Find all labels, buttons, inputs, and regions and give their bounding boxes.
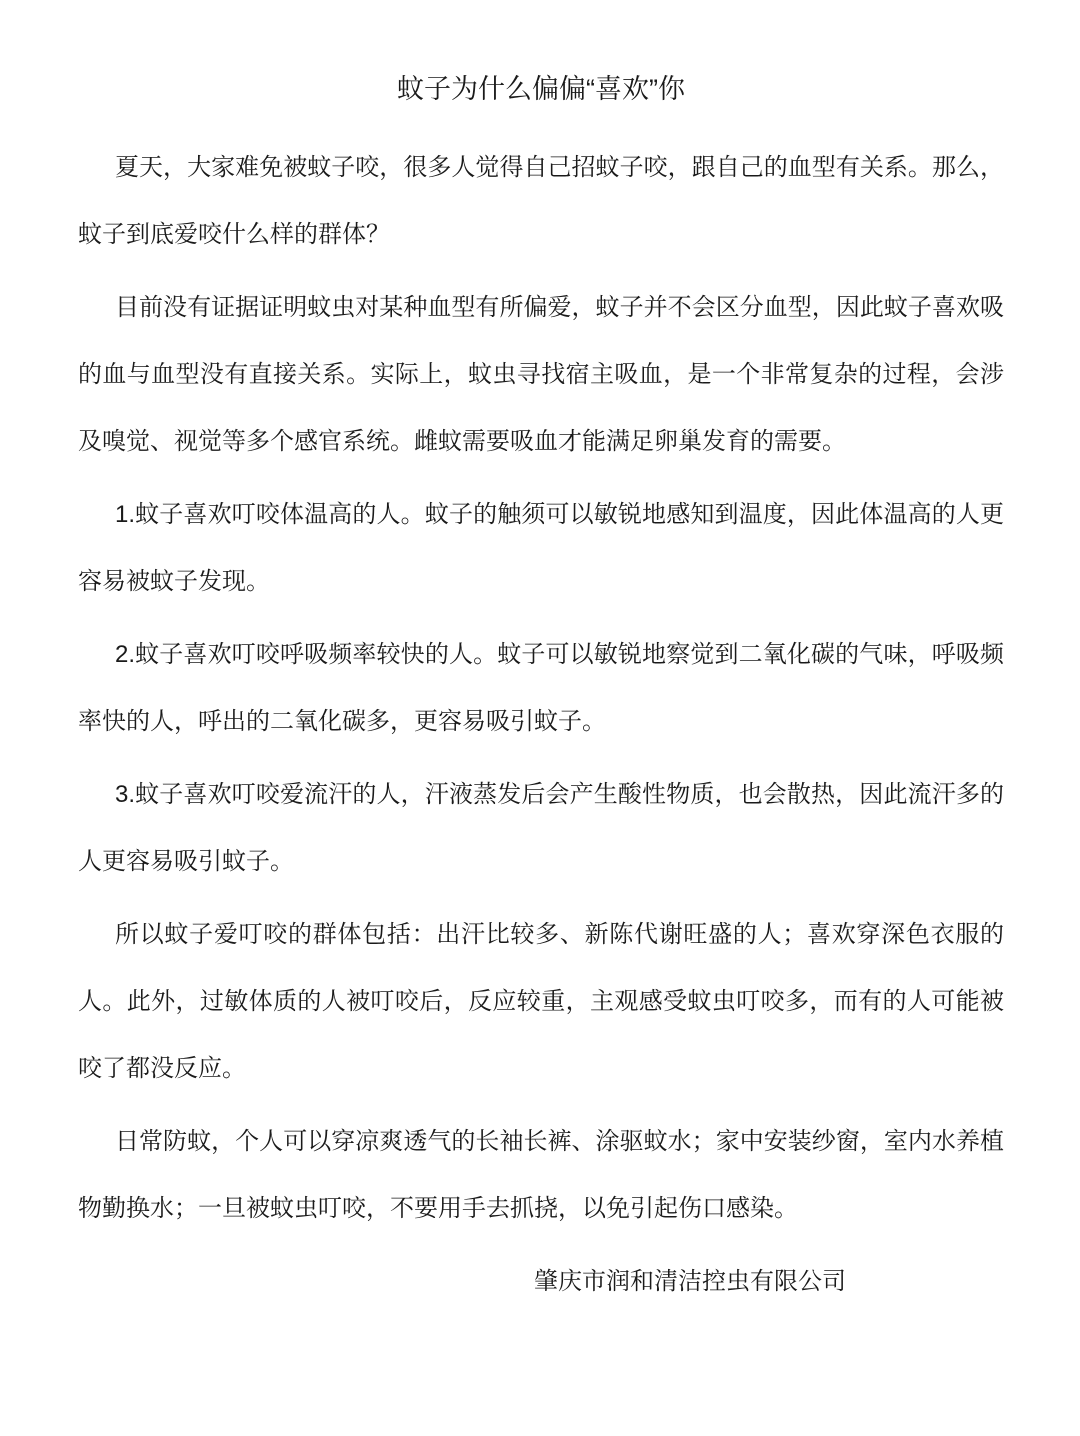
paragraph: 日常防蚊，个人可以穿凉爽透气的长袖长裤、涂驱蚊水；家中安装纱窗，室内水养植物勤换… (78, 1108, 1004, 1242)
paragraph: 所以蚊子爱叮咬的群体包括：出汗比较多、新陈代谢旺盛的人；喜欢穿深色衣服的人。此外… (78, 901, 1004, 1102)
document-title: 蚊子为什么偏偏“喜欢”你 (78, 56, 1004, 123)
paragraph: 3.蚊子喜欢叮咬爱流汗的人，汗液蒸发后会产生酸性物质，也会散热，因此流汗多的人更… (78, 761, 1004, 895)
paragraph: 夏天，大家难免被蚊子咬，很多人觉得自己招蚊子咬，跟自己的血型有关系。那么，蚊子到… (78, 134, 1004, 268)
paragraph: 目前没有证据证明蚊虫对某种血型有所偏爱，蚊子并不会区分血型，因此蚊子喜欢吸的血与… (78, 274, 1004, 475)
document-page: 蚊子为什么偏偏“喜欢”你 夏天，大家难免被蚊子咬，很多人觉得自己招蚊子咬，跟自己… (0, 0, 1080, 1436)
paragraph: 2.蚊子喜欢叮咬呼吸频率较快的人。蚊子可以敏锐地察觉到二氧化碳的气味，呼吸频率快… (78, 621, 1004, 755)
signature-line: 肇庆市润和清洁控虫有限公司 (78, 1248, 1004, 1315)
document-body: 夏天，大家难免被蚊子咬，很多人觉得自己招蚊子咬，跟自己的血型有关系。那么，蚊子到… (78, 134, 1004, 1242)
paragraph: 1.蚊子喜欢叮咬体温高的人。蚊子的触须可以敏锐地感知到温度，因此体温高的人更容易… (78, 481, 1004, 615)
